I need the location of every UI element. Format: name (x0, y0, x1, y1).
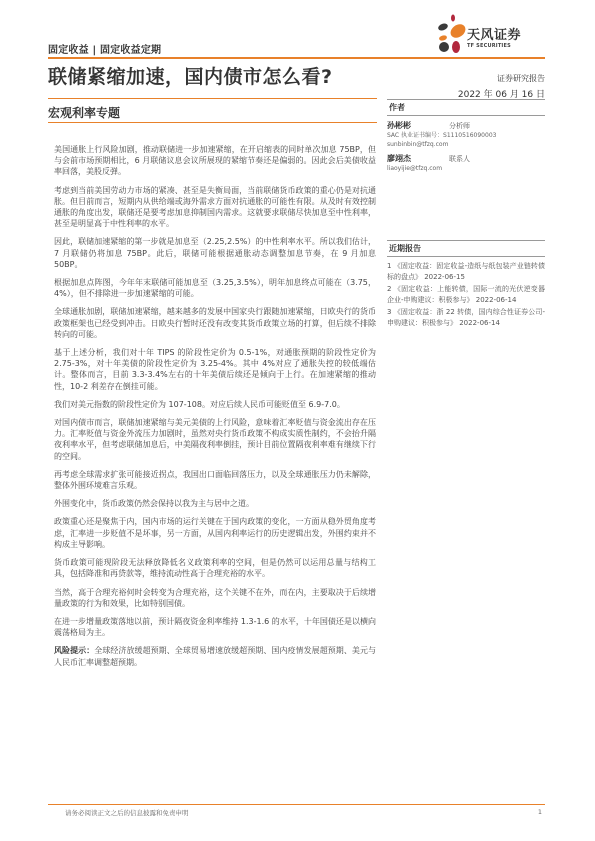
author-role: 分析师 (449, 121, 470, 131)
recent-report-item[interactable]: 1 《固定收益：固定收益-造纸与纸包装产业链转债标的盘点》 2022-06-15 (387, 261, 545, 284)
body-paragraph: 我们对美元指数的阶段性定价为 107-108。对应后续人民币可能贬值至 6.9-… (54, 399, 376, 410)
authors-heading: 作者 (387, 99, 545, 116)
body-paragraph: 外围变化中，货币政策仍然会保持以我为主与居中之道。 (54, 498, 376, 509)
recent-reports-list: 1 《固定收益：固定收益-造纸与纸包装产业链转债标的盘点》 2022-06-15… (387, 261, 545, 329)
report-category: 固定收益 | 固定收益定期 (48, 41, 161, 56)
risk-warning: 风险提示：全球经济放缓超预期、全球贸易增速放缓超预期、国内疫情发展超预期、美元与… (54, 645, 376, 667)
footer-divider (48, 804, 545, 805)
footer-disclaimer: 请务必阅读正文之后的信息披露和免责申明 (65, 808, 189, 817)
body-paragraph: 当然，高于合理充裕何时会转变为合理充裕，这个关键不在外，而在内，主要取决于后续增… (54, 587, 376, 609)
author-email[interactable]: sunbinbin@tfzq.com (387, 140, 545, 149)
recent-report-item[interactable]: 3 《固定收益：浙 22 转债，国内综合性证券公司-申购建议：积极参与》 202… (387, 307, 545, 330)
body-paragraph: 再考虑全球需求扩张可能接近拐点，我国出口面临回落压力，以及全球通胀压力仍未解除，… (54, 469, 376, 491)
subtitle-divider-top (48, 98, 377, 99)
company-logo: 天风证券 TF SECURITIES (437, 14, 547, 58)
author-entry: 廖翊杰联系人 liaoyijie@tfzq.com (387, 153, 545, 173)
body-paragraph: 全球通胀加剧，联储加速紧缩，越来越多的发展中国家央行跟随加速紧缩，日欧央行的货币… (54, 306, 376, 340)
header-divider (48, 57, 545, 59)
body-paragraph: 在进一步增量政策落地以前，预计隔夜资金利率维持 1.3-1.6 的水平，十年国债… (54, 616, 376, 638)
recent-reports-panel: 近期报告 1 《固定收益：固定收益-造纸与纸包装产业链转债标的盘点》 2022-… (387, 240, 545, 329)
body-paragraph: 对国内债市而言，联储加速紧缩与美元美债的上行风险，意味着汇率贬值与资金流出存在压… (54, 417, 376, 462)
logo-english-name: TF SECURITIES (467, 43, 511, 49)
report-type: 证券研究报告 (497, 73, 545, 84)
authors-panel: 作者 孙彬彬分析师 SAC 执业证书编号：S1110516090003 sunb… (387, 99, 545, 173)
author-certificate: SAC 执业证书编号：S1110516090003 (387, 131, 545, 140)
author-name: 廖翊杰 (387, 153, 449, 164)
body-paragraph: 根据加息点阵图，今年年末联储可能加息至（3.25,3.5%），明年加息终点可能在… (54, 277, 376, 299)
body-paragraph: 政策重心还是聚焦于内，国内市场的运行关键在于国内政策的变化，一方面从稳外贸角度考… (54, 516, 376, 550)
author-name: 孙彬彬 (387, 120, 449, 131)
body-paragraph: 货币政策可能现阶段无法释放降低名义政策利率的空间，但是仍然可以运用总量与结构工具… (54, 557, 376, 579)
body-paragraph: 美国通胀上行风险加剧，推动联储进一步加速紧缩，在开启缩表的同时单次加息 75BP… (54, 144, 376, 178)
author-email[interactable]: liaoyijie@tfzq.com (387, 164, 545, 173)
author-entry: 孙彬彬分析师 SAC 执业证书编号：S1110516090003 sunbinb… (387, 120, 545, 149)
recent-report-item[interactable]: 2 《固定收益：上能转债，国际一流的光伏逆变器企业-申购建议：积极参与》 202… (387, 284, 545, 307)
report-subtitle: 宏观利率专题 (48, 104, 120, 121)
report-title: 联储紧缩加速，国内债市怎么看? (48, 62, 333, 89)
logo-chinese-name: 天风证券 (467, 24, 521, 43)
recent-reports-heading: 近期报告 (387, 240, 545, 257)
body-paragraph: 基于上述分析，我们对十年 TIPS 的阶段性定价为 0.5-1%，对通胀预期的阶… (54, 347, 376, 392)
risk-warning-label: 风险提示： (54, 646, 94, 655)
page-number: 1 (538, 808, 542, 816)
risk-warning-text: 全球经济放缓超预期、全球贸易增速放缓超预期、国内疫情发展超预期、美元与人民币汇率… (54, 646, 376, 666)
subtitle-divider-bottom (48, 122, 377, 123)
body-paragraph: 考虑到当前美国劳动力市场的紧凑、甚至是失衡局面，当前联储货币政策的重心仍是对抗通… (54, 185, 376, 230)
body-paragraph: 因此，联储加速紧缩的第一步就是加息至（2.25,2.5%）的中性利率水平。所以我… (54, 236, 376, 270)
author-role: 联系人 (449, 154, 470, 164)
report-body: 美国通胀上行风险加剧，推动联储进一步加速紧缩，在开启缩表的同时单次加息 75BP… (54, 144, 376, 675)
tf-securities-logo-icon (437, 14, 467, 58)
